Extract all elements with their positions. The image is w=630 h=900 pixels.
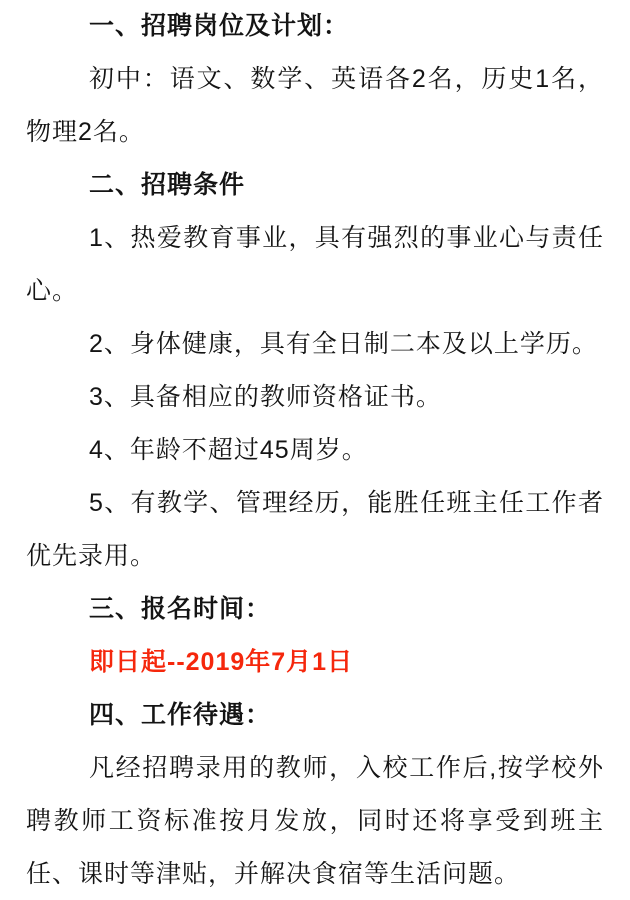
paragraph-positions-detail: 初中：语文、数学、英语各2名，历史1名，物理2名。	[26, 53, 604, 159]
requirement-item-2: 2、身体健康，具有全日制二本及以上学历。	[26, 318, 604, 371]
requirement-item-3: 3、具备相应的教师资格证书。	[26, 371, 604, 424]
requirement-item-4: 4、年龄不超过45周岁。	[26, 424, 604, 477]
section-heading-recruitment-requirements: 二、招聘条件	[26, 159, 604, 212]
paragraph-benefits-detail: 凡经招聘录用的教师，入校工作后,按学校外聘教师工资标准按月发放，同时还将享受到班…	[26, 742, 604, 900]
requirement-item-5: 5、有教学、管理经历，能胜任班主任工作者优先录用。	[26, 477, 604, 583]
section-heading-recruitment-positions: 一、招聘岗位及计划：	[26, 0, 604, 53]
recruitment-notice-document: 一、招聘岗位及计划： 初中：语文、数学、英语各2名，历史1名，物理2名。 二、招…	[0, 0, 630, 900]
requirement-item-1: 1、热爱教育事业，具有强烈的事业心与责任心。	[26, 212, 604, 318]
section-heading-work-benefits: 四、工作待遇：	[26, 689, 604, 742]
section-heading-registration-time: 三、报名时间：	[26, 583, 604, 636]
registration-deadline-highlight: 即日起--2019年7月1日	[26, 636, 604, 689]
